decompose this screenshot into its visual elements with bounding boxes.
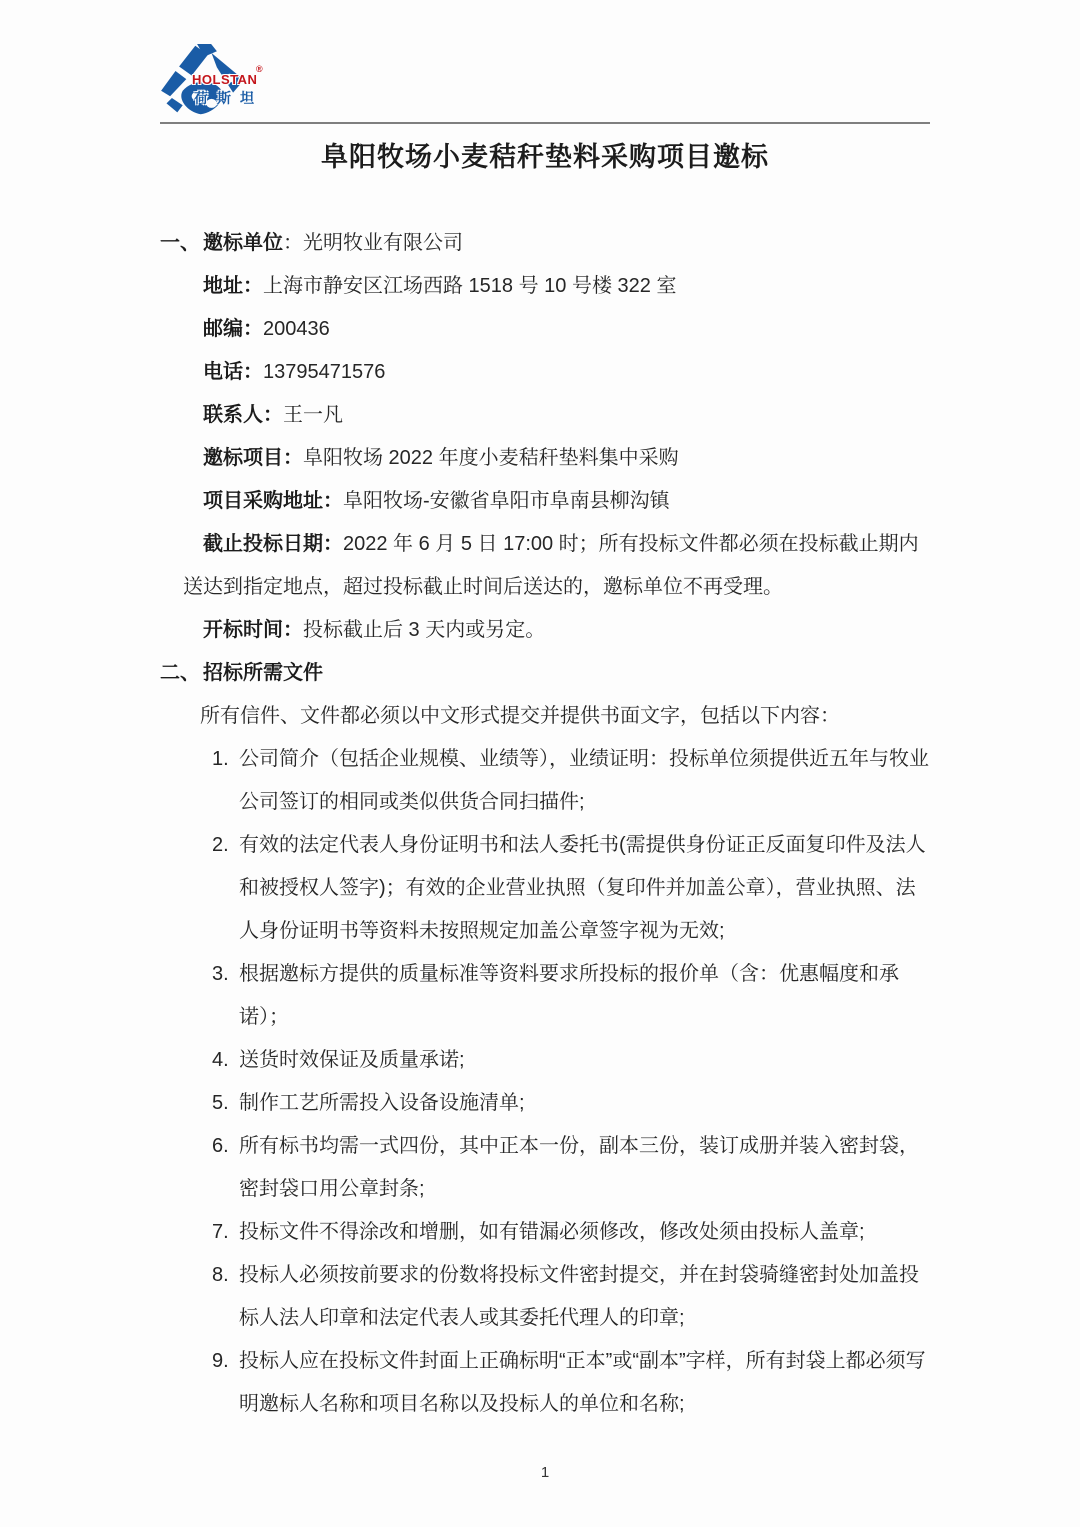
field-contact-value: 王一凡 — [283, 404, 343, 426]
field-project: 邀标项目：阜阳牧场 2022 年度小麦秸秆垫料集中采购 — [160, 437, 930, 480]
section1-heading: 一、邀标单位：光明牧业有限公司 — [160, 222, 930, 265]
section1-colon: ： — [283, 232, 303, 254]
registered-trademark-icon: ® — [256, 64, 263, 74]
field-postcode-label: 邮编： — [203, 318, 263, 340]
list-item: 5.制作工艺所需投入设备设施清单; — [160, 1082, 930, 1125]
field-phone-value: 13795471576 — [263, 361, 385, 383]
field-opening-time-label: 开标时间： — [203, 619, 303, 641]
field-opening-time-value: 投标截止后 3 天内或另定。 — [303, 619, 545, 641]
list-item-text: 有效的法定代表人身份证明书和法人委托书(需提供身份证正反面复印件及法人和被授权人… — [239, 824, 930, 953]
list-item-number: 9. — [212, 1340, 239, 1383]
list-item-number: 2. — [212, 824, 239, 867]
section2-number: 二、 — [160, 652, 203, 695]
field-opening-time: 开标时间：投标截止后 3 天内或另定。 — [160, 609, 930, 652]
list-item: 4.送货时效保证及质量承诺; — [160, 1039, 930, 1082]
list-item-text: 公司简介（包括企业规模、业绩等），业绩证明：投标单位须提供近五年与牧业公司签订的… — [239, 738, 930, 824]
field-address: 地址：上海市静安区江场西路 1518 号 10 号楼 322 室 — [160, 265, 930, 308]
section2-intro: 所有信件、文件都必须以中文形式提交并提供书面文字，包括以下内容： — [160, 695, 930, 738]
list-item-text: 投标人必须按前要求的份数将投标文件密封提交，并在封袋骑缝密封处加盖投标人法人印章… — [239, 1254, 930, 1340]
field-deadline-label: 截止投标日期： — [203, 533, 343, 555]
field-purchase-address-label: 项目采购地址： — [203, 490, 343, 512]
field-postcode-value: 200436 — [263, 318, 330, 340]
field-project-value: 阜阳牧场 2022 年度小麦秸秆垫料集中采购 — [303, 447, 679, 469]
field-contact-label: 联系人： — [203, 404, 283, 426]
list-item-number: 7. — [212, 1211, 239, 1254]
document-page: HOLSTAN ® 荷斯坦 阜阳牧场小麦秸秆垫料采购项目邀标 一、邀标单位：光明… — [0, 0, 1080, 1527]
list-item-text: 送货时效保证及质量承诺; — [239, 1039, 930, 1082]
list-item-text: 投标人应在投标文件封面上正确标明“正本”或“副本”字样，所有封袋上都必须写明邀标… — [239, 1340, 930, 1426]
page-footer: 1 — [160, 1451, 930, 1494]
section2-heading: 二、招标所需文件 — [160, 652, 930, 695]
list-item-number: 6. — [212, 1125, 239, 1168]
page-number: 1 — [541, 1464, 549, 1481]
field-postcode: 邮编：200436 — [160, 308, 930, 351]
field-phone-label: 电话： — [203, 361, 263, 383]
field-deadline: 截止投标日期：2022 年 6 月 5 日 17:00 时；所有投标文件都必须在… — [160, 523, 930, 609]
list-item: 6.所有标书均需一式四份，其中正本一份，副本三份，装订成册并装入密封袋，密封袋口… — [160, 1125, 930, 1211]
field-contact: 联系人：王一凡 — [160, 394, 930, 437]
field-purchase-address: 项目采购地址：阜阳牧场-安徽省阜阳市阜南县柳沟镇 — [160, 480, 930, 523]
list-item-number: 1. — [212, 738, 239, 781]
list-item-number: 3. — [212, 953, 239, 996]
field-phone: 电话：13795471576 — [160, 351, 930, 394]
list-item: 8.投标人必须按前要求的份数将投标文件密封提交，并在封袋骑缝密封处加盖投标人法人… — [160, 1254, 930, 1340]
section1-title: 邀标单位 — [203, 232, 283, 254]
requirements-list: 1.公司简介（包括企业规模、业绩等），业绩证明：投标单位须提供近五年与牧业公司签… — [160, 738, 930, 1426]
document-body: 一、邀标单位：光明牧业有限公司 地址：上海市静安区江场西路 1518 号 10 … — [160, 222, 930, 1426]
header-divider — [160, 122, 930, 124]
list-item-number: 4. — [212, 1039, 239, 1082]
inviting-unit-value: 光明牧业有限公司 — [303, 232, 463, 254]
list-item: 3.根据邀标方提供的质量标准等资料要求所投标的报价单（含：优惠幅度和承诺）； — [160, 953, 930, 1039]
list-item-text: 投标文件不得涂改和增删，如有错漏必须修改，修改处须由投标人盖章; — [239, 1211, 930, 1254]
list-item-text: 所有标书均需一式四份，其中正本一份，副本三份，装订成册并装入密封袋，密封袋口用公… — [239, 1125, 930, 1211]
list-item-number: 5. — [212, 1082, 239, 1125]
list-item-text: 根据邀标方提供的质量标准等资料要求所投标的报价单（含：优惠幅度和承诺）； — [239, 953, 930, 1039]
section2-title: 招标所需文件 — [203, 662, 323, 684]
list-item: 7.投标文件不得涂改和增删，如有错漏必须修改，修改处须由投标人盖章; — [160, 1211, 930, 1254]
list-item: 9.投标人应在投标文件封面上正确标明“正本”或“副本”字样，所有封袋上都必须写明… — [160, 1340, 930, 1426]
list-item: 2.有效的法定代表人身份证明书和法人委托书(需提供身份证正反面复印件及法人和被授… — [160, 824, 930, 953]
list-item-text: 制作工艺所需投入设备设施清单; — [239, 1082, 930, 1125]
brand-name-en: HOLSTAN — [192, 72, 257, 87]
list-item: 1.公司简介（包括企业规模、业绩等），业绩证明：投标单位须提供近五年与牧业公司签… — [160, 738, 930, 824]
field-purchase-address-value: 阜阳牧场-安徽省阜阳市阜南县柳沟镇 — [343, 490, 670, 512]
document-header: HOLSTAN ® 荷斯坦 — [160, 0, 930, 124]
section1-number: 一、 — [160, 222, 203, 265]
field-project-label: 邀标项目： — [203, 447, 303, 469]
field-address-label: 地址： — [203, 275, 263, 297]
document-title: 阜阳牧场小麦秸秆垫料采购项目邀标 — [160, 136, 930, 179]
holstan-logo: HOLSTAN ® 荷斯坦 — [152, 44, 312, 116]
field-address-value: 上海市静安区江场西路 1518 号 10 号楼 322 室 — [263, 275, 676, 297]
list-item-number: 8. — [212, 1254, 239, 1297]
brand-name-cn: 荷斯坦 — [194, 88, 263, 108]
